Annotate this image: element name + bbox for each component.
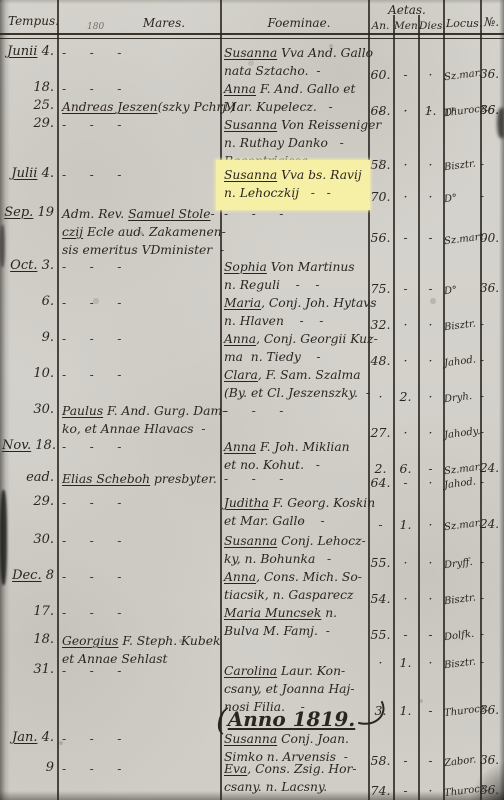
age-years-cell: 56. bbox=[368, 230, 393, 245]
nr-cell: - bbox=[480, 591, 503, 605]
header-rule-double bbox=[0, 38, 504, 39]
date-cell: Sep. 19 bbox=[2, 205, 54, 220]
paper-specks bbox=[0, 0, 2, 2]
age-days-cell: · bbox=[418, 189, 443, 204]
mares-cell: - - - bbox=[62, 568, 218, 586]
foeminae-cell: - - - bbox=[224, 470, 368, 488]
date-cell: Dec. 8 bbox=[2, 568, 54, 583]
age-years-cell: 64. bbox=[368, 475, 393, 490]
mares-cell: - - - bbox=[62, 330, 218, 348]
locus-cell: Sz.mar. bbox=[443, 518, 481, 533]
nr-cell: - bbox=[480, 389, 503, 403]
date-cell: 29. bbox=[2, 494, 54, 509]
mares-cell: - - - bbox=[62, 44, 218, 62]
anno-heading-text: Anno 1819. bbox=[228, 707, 356, 731]
age-days-cell: - bbox=[418, 230, 443, 245]
foeminae-cell: Maria, Conj. Joh. Hytavsn. Hlaven - - bbox=[224, 294, 368, 330]
nr-cell: - bbox=[480, 189, 503, 203]
header-locus: Locus. bbox=[446, 17, 482, 30]
flourish-stroke bbox=[357, 700, 391, 726]
mares-cell: - - - bbox=[62, 166, 218, 184]
header-rule bbox=[0, 33, 504, 35]
date-cell: 17. bbox=[2, 604, 54, 619]
foeminae-cell: Sophia Von Martinusn. Reguli - - bbox=[224, 258, 368, 294]
date-cell: 10. bbox=[2, 366, 54, 381]
foeminae-cell: Susanna Vva And. Gallonata Sztacho. - bbox=[224, 44, 368, 80]
mares-cell: Adm. Rev. Samuel Stole-czij Ecle aud. Za… bbox=[62, 205, 218, 259]
register-page-scan: Tempus. 180 Mares. Foeminae. Aetas. An. … bbox=[0, 0, 504, 800]
date-cell: 9 bbox=[2, 760, 54, 775]
locus-cell: Jahod. bbox=[443, 476, 481, 491]
register-row: 9- - -Eva, Cons. Zsig. Hor-csany. n. Lac… bbox=[0, 760, 504, 798]
header-nr: №. bbox=[484, 15, 499, 29]
foeminae-cell: Anna, Cons. Mich. So-tiacsik, n. Gaspare… bbox=[224, 568, 368, 604]
age-days-cell: · bbox=[418, 783, 443, 798]
mares-cell: Paulus F. And. Gurg. Dam-ko, et Annae Hl… bbox=[62, 402, 218, 438]
register-row: Oct. 3.- - -Sophia Von Martinusn. Reguli… bbox=[0, 258, 504, 296]
nr-cell: 36. bbox=[480, 783, 503, 797]
header-tempus: Tempus. bbox=[8, 14, 59, 28]
mares-cell: - - - bbox=[62, 258, 218, 276]
date-cell: Jan. 4. bbox=[2, 730, 54, 745]
mares-cell: - - - bbox=[62, 494, 218, 512]
date-cell: 18. bbox=[2, 80, 54, 95]
register-row: Junii 4.- - -Susanna Vva And. Gallonata … bbox=[0, 44, 504, 82]
age-days-cell: · bbox=[418, 475, 443, 490]
mares-cell: Andreas Jeszen(szky Pchrj.) bbox=[62, 98, 218, 116]
date-cell: 25. bbox=[2, 98, 54, 113]
mares-cell: - - - bbox=[62, 532, 218, 550]
age-years-cell: 70. bbox=[368, 189, 393, 204]
age-months-cell: · bbox=[393, 189, 418, 204]
mares-cell: - - - bbox=[62, 80, 218, 98]
date-cell: 9. bbox=[2, 330, 54, 345]
mares-cell: - - - bbox=[62, 438, 218, 456]
register-row: Julii 4.- - -Susanna Vva bs. Ravijn. Leh… bbox=[0, 166, 504, 204]
nr-cell: - bbox=[480, 353, 503, 367]
date-cell: 30. bbox=[2, 402, 54, 417]
age-days-cell: · bbox=[418, 517, 443, 532]
age-days-cell: - bbox=[418, 703, 443, 718]
header-aetas-an: An. bbox=[369, 20, 392, 32]
nr-cell: 36. bbox=[480, 281, 503, 295]
nr-cell: - bbox=[480, 317, 503, 331]
register-row: ead.Elias Scheboh presbyter.- - -64.-·Ja… bbox=[0, 470, 504, 490]
date-cell: Oct. 3. bbox=[2, 258, 54, 273]
foeminae-cell: Susanna Conj. Lehocz-ky, n. Bohunka - bbox=[224, 532, 368, 568]
age-months-cell: - bbox=[393, 783, 418, 798]
register-row: 6.- - -Maria, Conj. Joh. Hytavsn. Hlaven… bbox=[0, 294, 504, 332]
register-row: 30.Paulus F. And. Gurg. Dam-ko, et Annae… bbox=[0, 402, 504, 440]
header-aetas: Aetas. bbox=[371, 3, 443, 17]
locus-cell: D° bbox=[443, 190, 481, 205]
mares-cell: - - - bbox=[62, 116, 218, 134]
register-row: 30.- - -Susanna Conj. Lehocz-ky, n. Bohu… bbox=[0, 532, 504, 570]
date-cell: 6. bbox=[2, 294, 54, 309]
foeminae-cell: Clara, F. Sam. Szalma(By. et Cl. Jeszens… bbox=[224, 366, 368, 402]
register-row: Dec. 8- - -Anna, Cons. Mich. So-tiacsik,… bbox=[0, 568, 504, 606]
mares-cell: - - - bbox=[62, 760, 218, 778]
nr-cell: - bbox=[480, 475, 503, 489]
locus-cell: Thurocz. bbox=[443, 784, 481, 799]
date-cell: Junii 4. bbox=[2, 44, 54, 59]
header-aetas-dies: Dies. bbox=[419, 20, 442, 32]
nr-cell: 36. bbox=[480, 103, 503, 117]
mares-cell: - - - bbox=[62, 366, 218, 384]
foeminae-cell: Eva, Cons. Zsig. Hor-csany. n. Lacsny. bbox=[224, 760, 368, 796]
pencil-note: 180 bbox=[87, 22, 104, 32]
nr-cell: 36. bbox=[480, 67, 503, 81]
mares-cell: Elias Scheboh presbyter. bbox=[62, 470, 218, 488]
nr-cell: - bbox=[480, 555, 503, 569]
foeminae-cell: Susanna Vva bs. Ravijn. Lehoczkij - - bbox=[224, 166, 368, 202]
date-cell: 30. bbox=[2, 532, 54, 547]
age-years-cell: - bbox=[368, 517, 393, 532]
nr-cell: - bbox=[480, 425, 503, 439]
register-row: Sep. 19Adm. Rev. Samuel Stole-czij Ecle … bbox=[0, 205, 504, 261]
nr-cell: 24. bbox=[480, 517, 503, 531]
mares-cell: - - - bbox=[62, 662, 218, 680]
date-cell: Nov. 18. bbox=[2, 438, 54, 453]
mares-cell: - - - bbox=[62, 730, 218, 748]
date-cell: 18. bbox=[2, 632, 54, 647]
foeminae-cell: - - - bbox=[224, 402, 368, 420]
locus-cell: Thurocz. bbox=[443, 704, 481, 719]
header-mares: Mares. bbox=[110, 16, 218, 30]
foeminae-cell: Anna F. Joh. Miklianet no. Kohut. - bbox=[224, 438, 368, 474]
header-aetas-men: Men. bbox=[394, 20, 417, 32]
age-months-cell: - bbox=[393, 475, 418, 490]
age-months-cell: - bbox=[393, 230, 418, 245]
date-cell: ead. bbox=[2, 470, 54, 485]
foeminae-cell: Anna, Conj. Georgii Kuz-ma n. Tiedy - bbox=[224, 330, 368, 366]
register-row: 10.- - -Clara, F. Sam. Szalma(By. et Cl.… bbox=[0, 366, 504, 404]
foeminae-cell: Juditha F. Georg. Koskinet Mar. Gallo - bbox=[224, 494, 368, 530]
age-years-cell: 74. bbox=[368, 783, 393, 798]
nr-cell: 36. bbox=[480, 703, 503, 717]
mares-cell: - - - bbox=[62, 294, 218, 312]
locus-cell: Sz.mart. bbox=[443, 232, 481, 247]
foeminae-cell: - - - bbox=[224, 205, 368, 223]
register-row: 25.Andreas Jeszen(szky Pchrj.)68.··Thuro… bbox=[0, 98, 504, 118]
date-cell: 31. bbox=[2, 662, 54, 677]
nr-cell: 00. bbox=[480, 231, 503, 245]
register-row: 29.- - -Juditha F. Georg. Koskinet Mar. … bbox=[0, 494, 504, 532]
age-months-cell: 1. bbox=[393, 517, 418, 532]
date-cell: Julii 4. bbox=[2, 166, 54, 181]
mares-cell: - - - bbox=[62, 604, 218, 622]
header-foeminae: Foeminae. bbox=[230, 16, 368, 30]
register-row: 9.- - -Anna, Conj. Georgii Kuz-ma n. Tie… bbox=[0, 330, 504, 368]
date-cell: 29. bbox=[2, 116, 54, 131]
